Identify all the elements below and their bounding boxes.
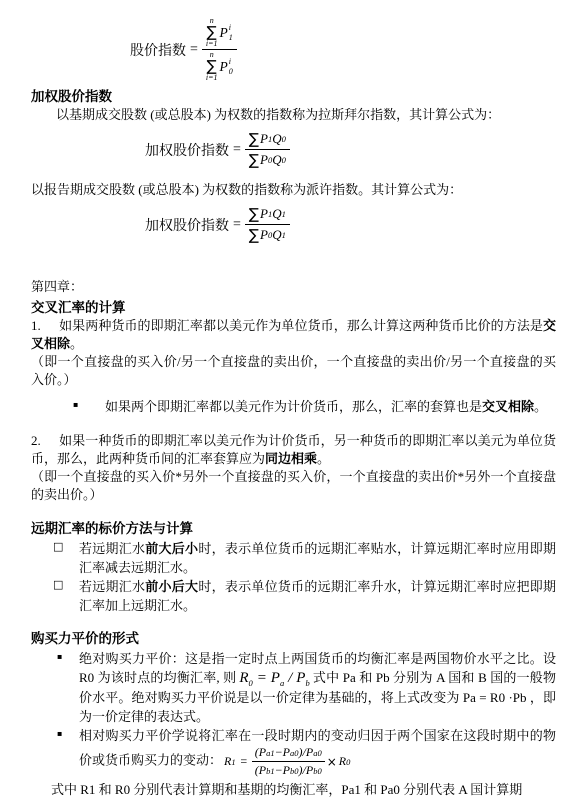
item-text: 。 [70, 336, 83, 351]
equals-sign: = [257, 670, 267, 686]
list-number: 1. [31, 317, 59, 335]
term: Q [272, 152, 281, 168]
item-text: 如果两个即期汇率都以美元作为计价货币，那么，汇率的套算也是 [105, 399, 482, 414]
fraction-denominator: ∑ P0 Q0 [245, 149, 290, 170]
variable: R [224, 754, 231, 769]
forward-rate-heading: 远期汇率的标价方法与计算 [31, 519, 556, 538]
fraction: (Pa1−Pa0)/Pa0(Pb1−Pb0)/Pb0 [252, 744, 325, 779]
open-square-bullet-icon: □ [53, 576, 79, 614]
forward-item-text: 若远期汇水前小后大时，表示单位货币的远期汇率升水，计算远期汇率时应把即期汇率加上… [79, 576, 556, 614]
chapter-label: 第四章： [31, 278, 556, 296]
sigma-icon: ∑ [249, 205, 259, 223]
forward-item-text: 若远期汇水前大后小时，表示单位货币的远期汇率贴水，计算远期汇率时应用即期汇率减去… [79, 538, 556, 576]
superscript: i [229, 23, 231, 32]
term: P [260, 131, 268, 147]
sum-with-limits: n ∑ i=1 [206, 51, 218, 82]
ppp-item-text: 绝对购买力平价：这是指一定时点上两国货币的均衡汇率是两国物价水平之比。设 R0 … [79, 648, 556, 725]
open-square-bullet-icon: □ [53, 538, 79, 576]
paren: )/ [299, 763, 306, 778]
variable: P [306, 745, 313, 760]
ppp-item-text: 相对购买力平价学说将汇率在一段时期内的变动归因于两个国家在这段时期中的物价或货币… [79, 725, 556, 779]
forward-item-1: □ 若远期汇水前大后小时，表示单位货币的远期汇率贴水，计算远期汇率时应用即期汇率… [53, 538, 556, 576]
variable: P [283, 763, 290, 778]
subscript: 0 [249, 678, 253, 688]
sigma-icon: ∑ [249, 130, 259, 148]
variable: P [259, 763, 266, 778]
sub-bullet-text: 如果两个即期汇率都以美元作为计价货币，那么，汇率的套算也是交叉相除。 [105, 396, 556, 415]
formula-lhs: 加权股价指数 [145, 140, 229, 160]
item-1-note: （即一个直接盘的买入价/另一个直接盘的卖出价，一个直接盘的卖出价/另一个直接盘的… [31, 353, 556, 389]
bold-term: 同边相乘 [265, 451, 317, 466]
variable: P [283, 745, 290, 760]
term: Q [272, 206, 281, 222]
paren: )/ [299, 745, 306, 760]
price-variable: P [220, 59, 228, 75]
sum-lower-limit: i=1 [206, 74, 218, 82]
superscript: i [229, 57, 231, 66]
equals-sign: = [233, 142, 241, 158]
list-number: 2. [31, 432, 59, 450]
term: Q [272, 227, 281, 243]
sub-sup-stack: i 0 [229, 57, 233, 75]
item-text: 若远期汇水 [79, 579, 145, 594]
fraction-numerator: n ∑ i=1 P i 1 [202, 16, 237, 49]
fraction-denominator: (Pb1−Pb0)/Pb0 [252, 761, 325, 779]
formula-lhs: 股价指数 [130, 40, 186, 60]
equals-sign: = [240, 754, 248, 769]
spacer [31, 614, 556, 629]
document-page: 股价指数 = n ∑ i=1 P i 1 n ∑ i=1 [0, 0, 584, 808]
divide-sign: / [288, 670, 292, 686]
subscript: a [280, 678, 284, 688]
item-text: 若远期汇水 [79, 541, 145, 556]
relative-ppp-formula: R1=(Pa1−Pa0)/Pa0(Pb1−Pb0)/Pb0×R0 [224, 744, 350, 779]
numbered-item-1: 1.如果两种货币的即期汇率都以美元作为单位货币，那么计算这两种货币比价的方法是交… [31, 317, 556, 353]
ppp-item-absolute: ▪ 绝对购买力平价：这是指一定时点上两国货币的均衡汇率是两国物价水平之比。设 R… [57, 648, 556, 725]
variable: R [339, 754, 346, 769]
sigma-icon: ∑ [249, 226, 259, 244]
fraction: ∑ P1 Q1 ∑ P0 Q1 [245, 204, 290, 245]
fraction: ∑ P1 Q0 ∑ P0 Q0 [245, 129, 290, 170]
item-text: 如果两种货币的即期汇率都以美元作为单位货币，那么计算这两种货币比价的方法是 [59, 318, 543, 333]
cross-rate-heading: 交叉汇率的计算 [31, 298, 556, 317]
small-square-bullet-icon: ▪ [57, 725, 79, 779]
item-text: 。 [534, 399, 547, 414]
ppp-heading: 购买力平价的形式 [31, 629, 556, 648]
numbered-item-2: 2.如果一种货币的即期汇率以美元作为计价货币，另一种货币的即期汇率以美元为单位货… [31, 432, 556, 468]
sum-lower-limit: i=1 [206, 40, 218, 48]
bold-term: 前小后大 [145, 579, 198, 594]
ppp-item-relative: ▪ 相对购买力平价学说将汇率在一段时期内的变动归因于两个国家在这段时期中的物价或… [57, 725, 556, 779]
bold-term: 前大后小 [145, 541, 198, 556]
term: P [260, 227, 268, 243]
variable: P [306, 763, 313, 778]
bold-term: 交叉相除 [482, 399, 534, 414]
fraction-numerator: ∑ P1 Q0 [245, 129, 290, 149]
ppp-footer-text: 式中 R1 和 R0 分别代表计算期和基期的均衡汇率，Pa1 和 Pa0 分别代… [31, 781, 556, 799]
paasche-paragraph: 以报告期成交股数 (或总股本) 为权数的指数称为派许指数。其计算公式为： [31, 181, 556, 199]
fraction: n ∑ i=1 P i 1 n ∑ i=1 P i [202, 16, 237, 83]
fraction-numerator: ∑ P1 Q1 [245, 204, 290, 224]
laspeyres-formula: 加权股价指数 = ∑ P1 Q0 ∑ P0 Q0 [145, 129, 556, 170]
equals-sign: = [233, 217, 241, 233]
minus-sign: − [275, 745, 283, 760]
forward-item-2: □ 若远期汇水前小后大时，表示单位货币的远期汇率升水，计算远期汇率时应把即期汇率… [53, 576, 556, 614]
paasche-formula: 加权股价指数 = ∑ P1 Q1 ∑ P0 Q1 [145, 204, 556, 245]
variable: P [271, 670, 280, 686]
price-variable: P [220, 25, 228, 41]
item-text: 。 [317, 451, 330, 466]
sigma-icon: ∑ [207, 59, 217, 74]
variable: P [259, 745, 266, 760]
fraction-denominator: n ∑ i=1 P i 0 [202, 49, 237, 83]
sub-sup-stack: i 1 [229, 23, 233, 41]
variable: R [239, 670, 248, 686]
stock-index-formula: 股价指数 = n ∑ i=1 P i 1 n ∑ i=1 [130, 16, 556, 83]
weighted-index-heading: 加权股价指数 [31, 87, 556, 106]
sigma-icon: ∑ [249, 151, 259, 169]
sub-bullet-item: ▪ 如果两个即期汇率都以美元作为计价货币，那么，汇率的套算也是交叉相除。 [73, 396, 556, 415]
spacer [31, 504, 556, 519]
term: P [260, 206, 268, 222]
item-2-note: （即一个直接盘的买入价*另外一个直接盘的买入价，一个直接盘的卖出价*另外一个直接… [31, 468, 556, 504]
subscript: 1 [229, 33, 233, 42]
fraction-denominator: ∑ P0 Q1 [245, 224, 290, 245]
subscript: b [305, 678, 309, 688]
sum-with-limits: n ∑ i=1 [206, 17, 218, 48]
absolute-ppp-formula: R0 = Pa / Pb [236, 670, 312, 686]
formula-lhs: 加权股价指数 [145, 215, 229, 235]
minus-sign: − [275, 763, 283, 778]
multiply-sign: × [327, 755, 337, 769]
term: P [260, 152, 268, 168]
equals-sign: = [190, 42, 198, 58]
sigma-icon: ∑ [207, 25, 217, 40]
laspeyres-paragraph: 以基期成交股数 (或总股本) 为权数的指数称为拉斯拜尔指数，其计算公式为： [31, 106, 556, 124]
fraction-numerator: (Pa1−Pa0)/Pa0 [252, 744, 325, 761]
subscript: 0 [229, 67, 233, 76]
small-square-bullet-icon: ▪ [73, 396, 105, 415]
small-square-bullet-icon: ▪ [57, 648, 79, 725]
term: Q [272, 131, 281, 147]
spacer [31, 247, 556, 278]
